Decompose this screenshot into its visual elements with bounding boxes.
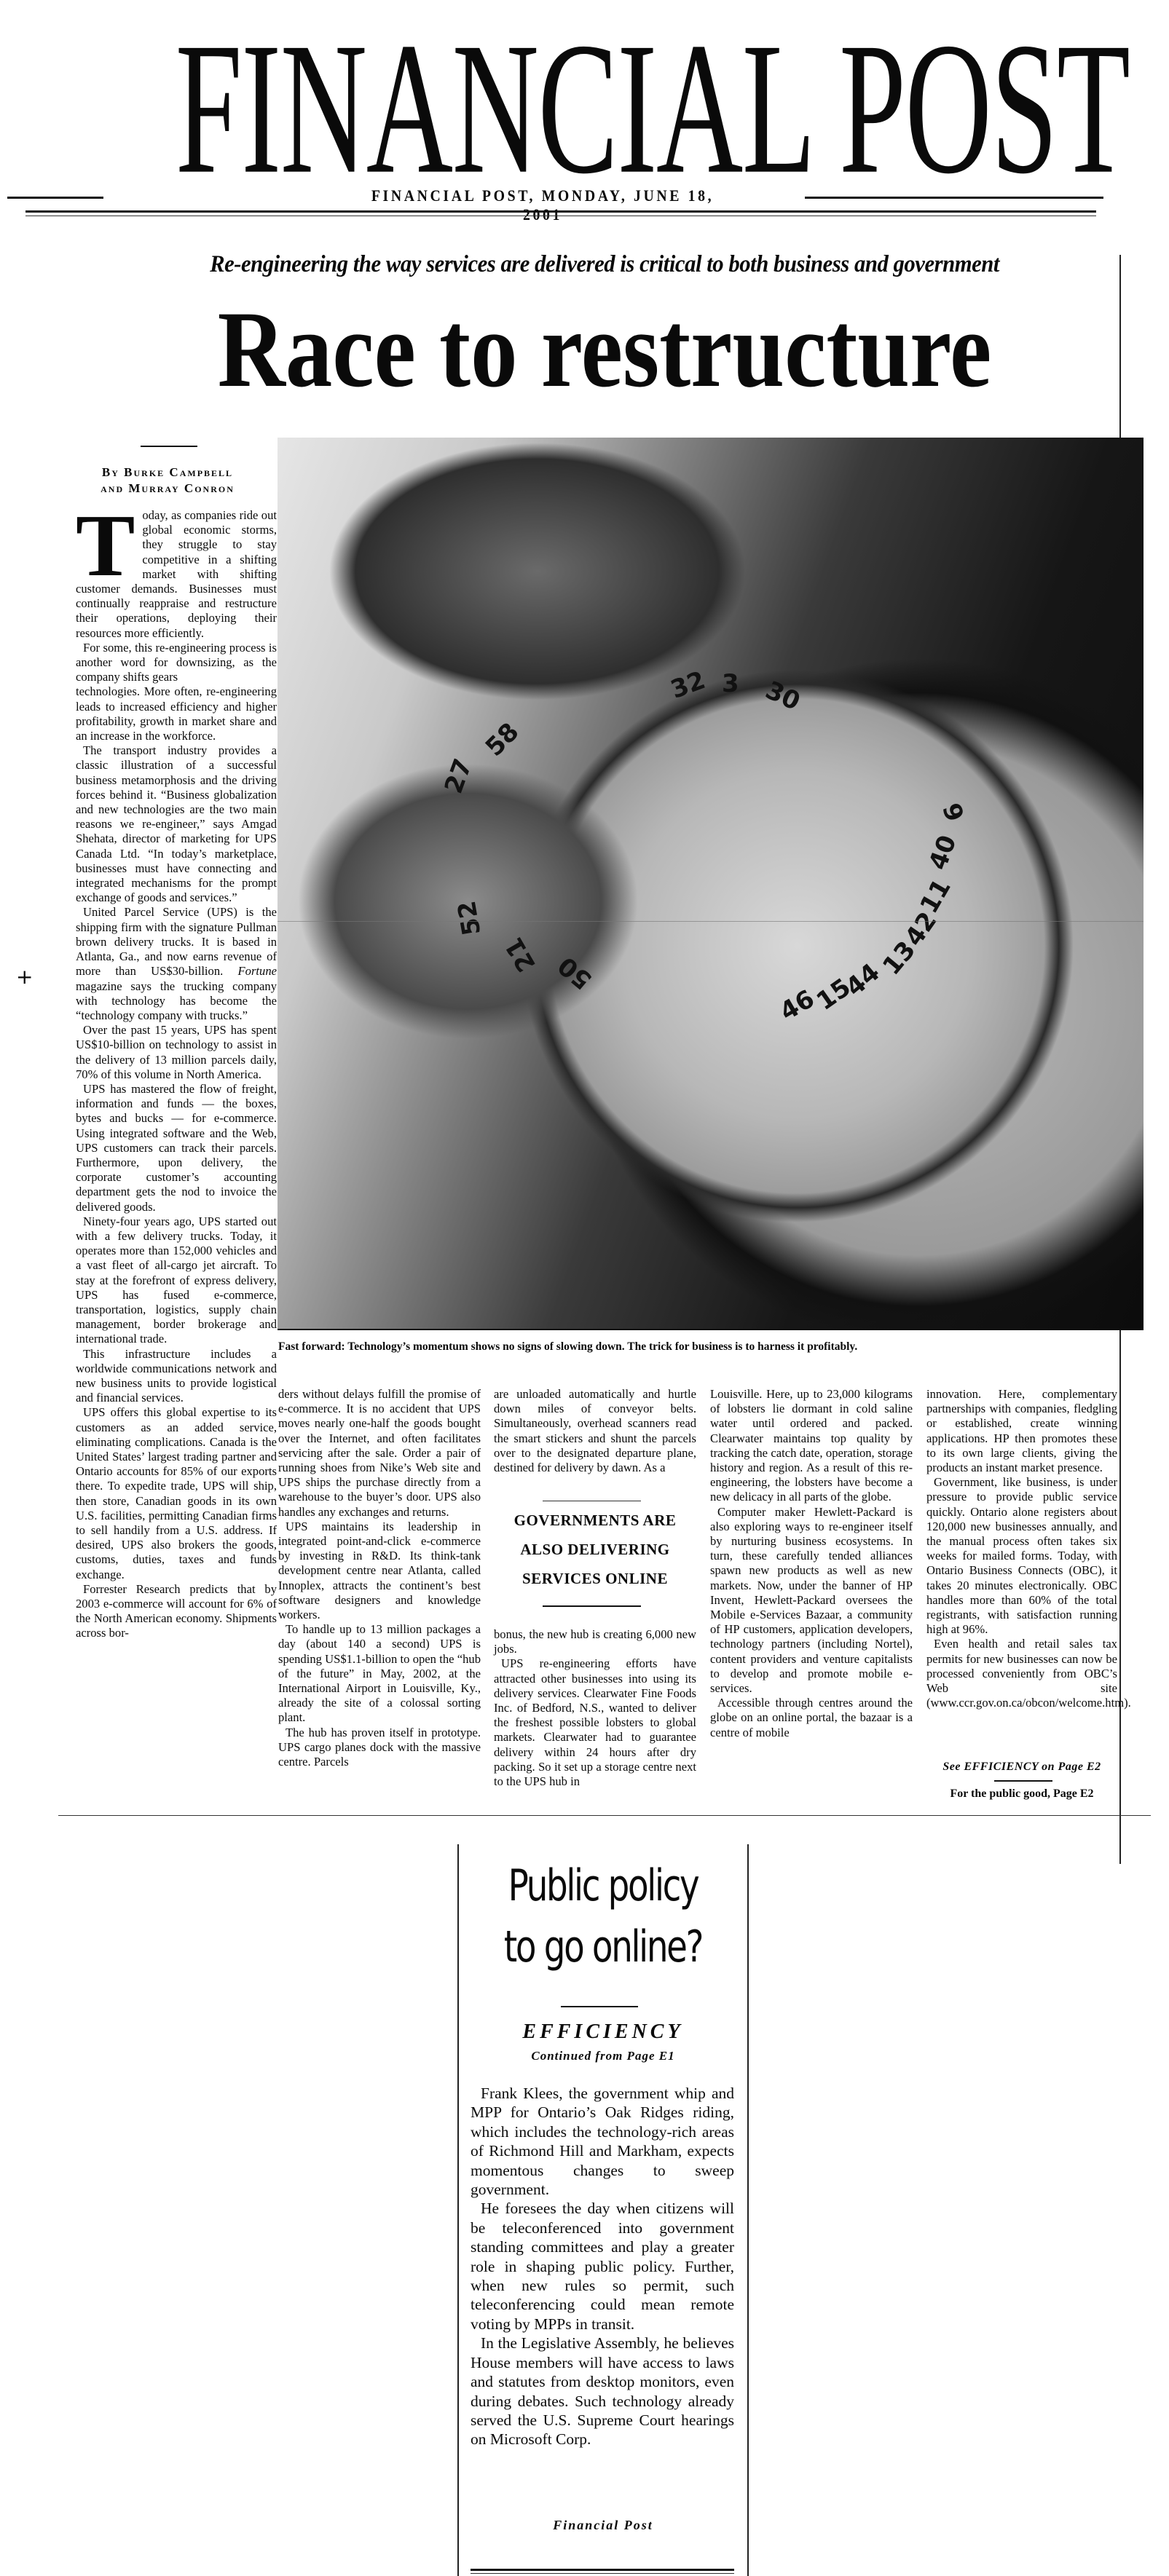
article-kicker: Re-engineering the way services are deli…: [124, 251, 1086, 278]
paragraph: are unloaded automatically and hurtle do…: [494, 1387, 696, 1475]
continuation-signature: Financial Post: [457, 2518, 749, 2533]
stopwatch-photo: 32 3 30 9 40 11 42 13 44 15 46 27 58 52 …: [278, 438, 1144, 1330]
paragraph: UPS offers this global expertise to its …: [76, 1405, 277, 1581]
article-column-3: are unloaded automatically and hurtle do…: [494, 1387, 696, 1475]
paragraph: To handle up to 13 million packages a da…: [278, 1622, 481, 1725]
pullquote-line-2: ALSO DELIVERING: [494, 1535, 696, 1564]
paragraph: UPS maintains its leadership in integrat…: [278, 1520, 481, 1622]
paragraph: The transport industry provides a classi…: [76, 743, 277, 905]
byline: By Burke Campbell and Murray Conron: [58, 465, 277, 497]
continuation-rule: [561, 2006, 638, 2007]
paragraph: Accessible through centres around the gl…: [710, 1696, 913, 1740]
paragraph: For some, this re-engineering process is…: [76, 641, 277, 685]
photo-fold-line: [278, 921, 1144, 922]
paragraph: He foresees the day when citizens will b…: [471, 2199, 734, 2334]
paragraph: Even health and retail sales tax permits…: [926, 1637, 1117, 1710]
dateline-rule-left: [7, 197, 103, 199]
paragraph: Frank Klees, the government whip and MPP…: [471, 2084, 734, 2199]
photo-caption: Fast forward: Technology’s momentum show…: [278, 1340, 1145, 1354]
refer-rule: [994, 1780, 1052, 1782]
paragraph: Government, like business, is under pres…: [926, 1475, 1117, 1637]
continuation-headline-line-2: to go online?: [489, 1916, 717, 1978]
masthead-rule-thin: [25, 216, 1096, 216]
continuation-kicker: EFFICIENCY: [457, 2020, 749, 2044]
dateline-rule-right: [805, 197, 1103, 199]
dateline: FINANCIAL POST, MONDAY, JUNE 18, 2001: [353, 186, 733, 224]
byline-line-2: and Murray Conron: [58, 481, 277, 497]
paragraph: Forrester Research predicts that by 2003…: [76, 1582, 277, 1641]
pullquote-rule-top: [543, 1501, 641, 1501]
drop-cap: T: [76, 511, 135, 581]
article-column-2: ders without delays fulfill the promise …: [278, 1387, 481, 1769]
article-column-4: Louisville. Here, up to 23,000 kilograms…: [710, 1387, 913, 1740]
paragraph: UPS re-engineering efforts have attracte…: [494, 1656, 696, 1789]
paragraph: In the Legislative Assembly, he believes…: [471, 2334, 734, 2449]
jump-line[interactable]: See EFFICIENCY on Page E2: [926, 1761, 1117, 1774]
article-column-5: innovation. Here, complementary partners…: [926, 1387, 1117, 1710]
paragraph: innovation. Here, complementary partners…: [926, 1387, 1117, 1475]
publication-name: Fortune: [238, 964, 277, 978]
masthead-title: FINANCIAL POST: [176, 29, 994, 175]
article-headline: Race to restructure: [160, 291, 1049, 408]
refer-line[interactable]: For the public good, Page E2: [926, 1787, 1117, 1801]
paragraph: Computer maker Hewlett-Packard is also e…: [710, 1505, 913, 1696]
photo-border: [278, 1329, 1144, 1330]
continuation-body: Frank Klees, the government whip and MPP…: [471, 2084, 734, 2449]
paragraph: Ninety-four years ago, UPS started out w…: [76, 1214, 277, 1347]
continuation-headline-line-1: Public policy: [489, 1855, 717, 1916]
paragraph: ders without delays fulfill the promise …: [278, 1387, 481, 1520]
box-bottom-rule: [471, 2569, 734, 2571]
paragraph: technologies. More often, re-engineering…: [76, 684, 277, 743]
article-bottom-rule: [58, 1815, 1151, 1816]
byline-line-1: By Burke Campbell: [58, 465, 277, 481]
box-bottom-rule-thin: [471, 2573, 734, 2574]
continued-from[interactable]: Continued from Page E1: [457, 2049, 749, 2063]
paragraph: United Parcel Service (UPS) is the shipp…: [76, 905, 277, 1023]
pullquote-rule-bottom: [543, 1605, 641, 1607]
lead-paragraph: Today, as companies ride out global econ…: [76, 508, 277, 641]
paragraph: The hub has proven itself in prototype. …: [278, 1726, 481, 1770]
masthead-rule: [25, 210, 1096, 213]
paragraph: Louisville. Here, up to 23,000 kilograms…: [710, 1387, 913, 1505]
byline-rule: [141, 446, 197, 447]
registration-mark-icon: +: [16, 967, 33, 987]
paragraph: Over the past 15 years, UPS has spent US…: [76, 1023, 277, 1082]
paragraph: UPS has mastered the flow of freight, in…: [76, 1082, 277, 1214]
paragraph: This infrastructure includes a worldwide…: [76, 1347, 277, 1406]
continuation-headline: Public policy to go online?: [489, 1855, 717, 1978]
pullquote-line-3: SERVICES ONLINE: [494, 1564, 696, 1593]
pullquote: GOVERNMENTS ARE ALSO DELIVERING SERVICES…: [494, 1506, 696, 1593]
article-column-1: Today, as companies ride out global econ…: [76, 508, 277, 1641]
pullquote-line-1: GOVERNMENTS ARE: [494, 1506, 696, 1535]
paragraph: bonus, the new hub is creating 6,000 new…: [494, 1627, 696, 1656]
article-column-3-continued: bonus, the new hub is creating 6,000 new…: [494, 1627, 696, 1789]
